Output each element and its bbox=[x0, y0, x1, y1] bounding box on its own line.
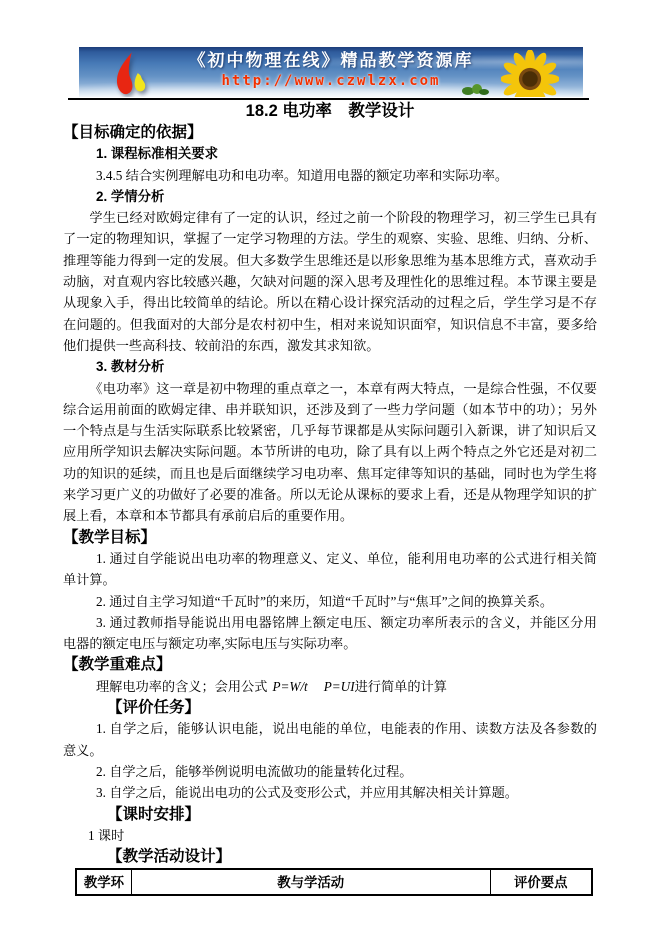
schedule-duration: 1 课时 bbox=[88, 825, 597, 846]
key-points-text: 理解电功率的含义；会用公式P=W/tP=UI进行简单的计算 bbox=[96, 676, 597, 697]
page-title: 18.2 电功率 教学设计 bbox=[63, 100, 597, 122]
section-heading-activities: 【教学活动设计】 bbox=[107, 846, 597, 867]
subsection-heading-curriculum: 1. 课程标准相关要求 bbox=[96, 143, 597, 164]
subsection-heading-material-analysis: 3. 教材分析 bbox=[96, 356, 597, 377]
document-page: 《初中物理在线》精品教学资源库 http://www.czwlzx.com bbox=[0, 0, 661, 935]
site-banner: 《初中物理在线》精品教学资源库 http://www.czwlzx.com bbox=[79, 47, 583, 97]
activity-design-table: 教学环 教与学活动 评价要点 bbox=[75, 868, 593, 896]
banner-text-block: 《初中物理在线》精品教学资源库 http://www.czwlzx.com bbox=[79, 50, 583, 90]
curriculum-requirement-text: 3.4.5 结合实例理解电功和电功率。知道用电器的额定功率和实际功率。 bbox=[96, 165, 597, 186]
physics-online-logo-icon bbox=[111, 51, 149, 97]
key-points-text-after: 进行简单的计算 bbox=[355, 679, 447, 694]
column-header-teaching-learning-activity: 教与学活动 bbox=[131, 869, 490, 895]
site-url-link[interactable]: http://www.czwlzx.com bbox=[221, 72, 440, 90]
formula-p-equals-ui: P=UI bbox=[324, 679, 355, 694]
section-heading-basis: 【目标确定的依据】 bbox=[63, 122, 597, 143]
formula-p-equals-w-over-t: P=W/t bbox=[272, 679, 307, 694]
key-points-text-before: 理解电功率的含义；会用公式 bbox=[96, 679, 267, 694]
section-heading-schedule: 【课时安排】 bbox=[107, 804, 597, 825]
document-content: 18.2 电功率 教学设计 【目标确定的依据】 1. 课程标准相关要求 3.4.… bbox=[63, 100, 597, 896]
goal-item-3: 3. 通过教师指导能说出用电器铭牌上额定电压、额定功率所表示的含义，并能区分用电… bbox=[63, 612, 597, 655]
evaluation-item-1: 1. 自学之后，能够认识电能，说出电能的单位，电能表的作用、读数方法及各参数的意… bbox=[63, 718, 597, 761]
section-heading-goals: 【教学目标】 bbox=[63, 527, 597, 548]
table-header-row: 教学环 教与学活动 评价要点 bbox=[76, 869, 592, 895]
goal-item-2: 2. 通过自主学习知道“千瓦时”的来历，知道“千瓦时”与“焦耳”之间的换算关系。 bbox=[63, 591, 597, 612]
subsection-heading-learner-analysis: 2. 学情分析 bbox=[96, 186, 597, 207]
goal-item-1: 1. 通过自学能说出电功率的物理意义、定义、单位，能利用电功率的公式进行相关简单… bbox=[63, 548, 597, 591]
section-heading-key-points: 【教学重难点】 bbox=[63, 654, 597, 675]
learner-analysis-paragraph: 学生已经对欧姆定律有了一定的认识，经过之前一个阶段的物理学习，初三学生已具有了一… bbox=[63, 207, 597, 356]
column-header-evaluation-points: 评价要点 bbox=[490, 869, 592, 895]
section-heading-evaluation: 【评价任务】 bbox=[107, 697, 597, 718]
evaluation-item-2: 2. 自学之后，能够举例说明电流做功的能量转化过程。 bbox=[63, 761, 597, 782]
site-title: 《初中物理在线》精品教学资源库 bbox=[79, 50, 583, 72]
material-analysis-paragraph: 《电功率》这一章是初中物理的重点章之一，本章有两大特点，一是综合性强，不仅要综合… bbox=[63, 378, 597, 527]
column-header-teaching-phase: 教学环 bbox=[76, 869, 131, 895]
evaluation-item-3: 3. 自学之后，能说出电功的公式及变形公式，并应用其解决相关计算题。 bbox=[63, 782, 597, 803]
